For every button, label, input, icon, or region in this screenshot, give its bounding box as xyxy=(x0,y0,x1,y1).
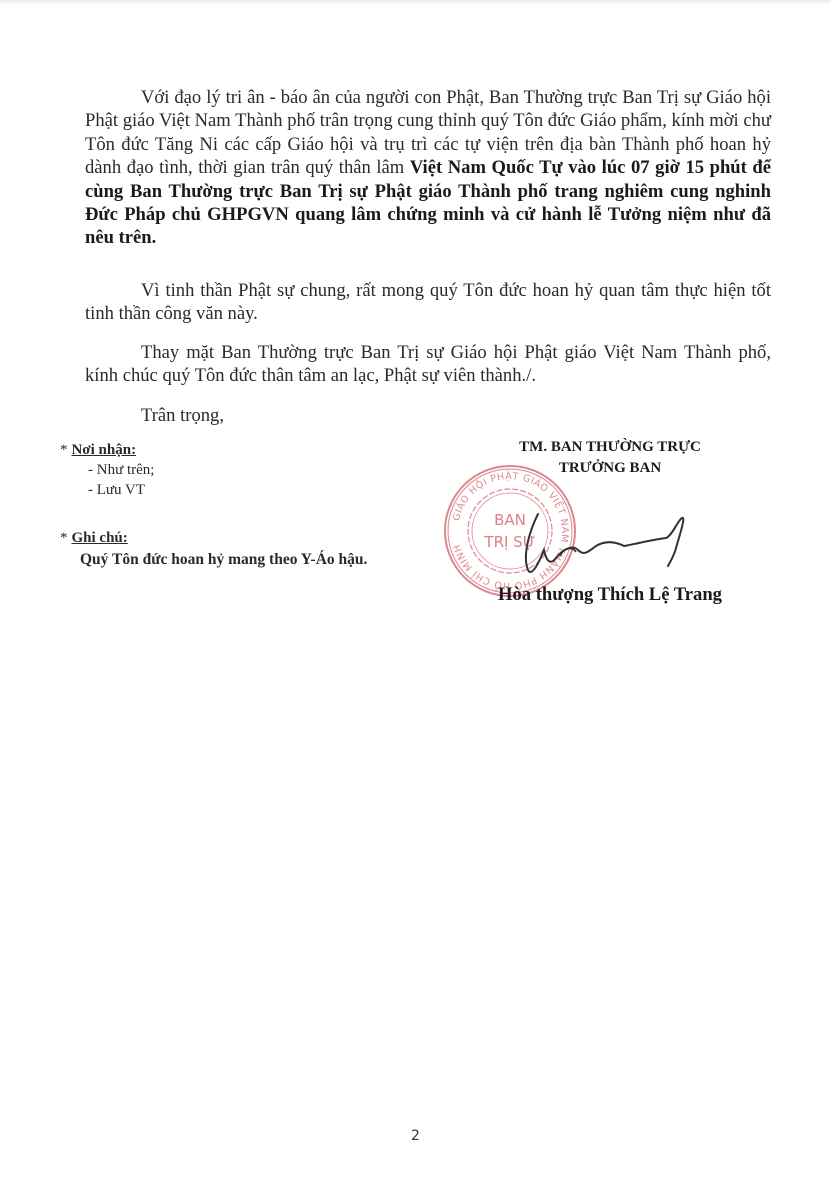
recipients-block: *Nơi nhận: - Như trên; - Lưu VT xyxy=(60,440,154,500)
asterisk-icon: * xyxy=(60,442,68,458)
recipients-label: Nơi nhận: xyxy=(72,442,137,458)
wishes-text: Thay mặt Ban Thường trực Ban Trị sự Giáo… xyxy=(85,341,771,388)
asterisk-icon: * xyxy=(60,530,68,546)
paragraph-wishes: Thay mặt Ban Thường trực Ban Trị sự Giáo… xyxy=(85,341,771,388)
page-number: 2 xyxy=(0,1128,831,1144)
closing-line: Trân trọng, xyxy=(85,404,771,427)
note-block: *Ghi chú: Quý Tôn đức hoan hỷ mang theo … xyxy=(60,528,367,570)
paragraph-invitation: Với đạo lý tri ân - báo ân của người con… xyxy=(85,86,771,250)
note-label: Ghi chú: xyxy=(72,530,128,546)
closing-text: Trân trọng, xyxy=(85,404,771,427)
signatory-name: Hòa thượng Thích Lệ Trang xyxy=(470,584,750,606)
page-top-edge xyxy=(0,0,831,5)
recipient-item: - Lưu VT xyxy=(60,480,154,500)
recipient-item: - Như trên; xyxy=(60,460,154,480)
paragraph-request: Vì tinh thần Phật sự chung, rất mong quý… xyxy=(85,279,771,326)
request-text: Vì tinh thần Phật sự chung, rất mong quý… xyxy=(85,279,771,326)
signature-title-line1: TM. BAN THƯỜNG TRỰC xyxy=(470,437,750,458)
handwritten-signature xyxy=(500,500,700,580)
note-text: Quý Tôn đức hoan hỷ mang theo Y-Áo hậu. xyxy=(60,549,367,570)
